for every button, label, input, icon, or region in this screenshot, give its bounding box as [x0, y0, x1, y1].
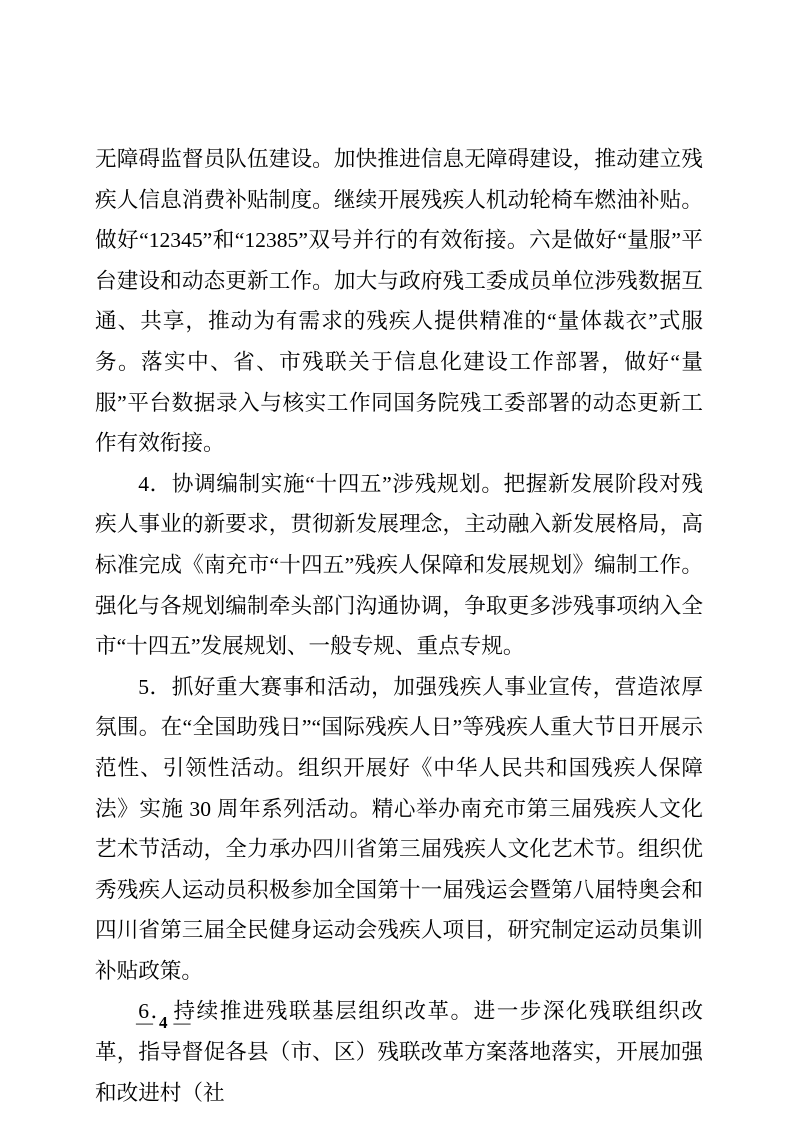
document-page: 无障碍监督员队伍建设。加快推进信息无障碍建设，推动建立残疾人信息消费补贴制度。继… — [0, 0, 793, 1122]
page-number-value: 4 — [159, 1013, 169, 1032]
paragraph-item-6: 6．持续推进残联基层组织改革。进一步深化残联组织改革，指导督促各县（市、区）残联… — [95, 991, 703, 1113]
paragraph-item-4: 4．协调编制实施“十四五”涉残规划。把握新发展阶段对残疾人事业的新要求，贯彻新发… — [95, 464, 703, 667]
document-body: 无障碍监督员队伍建设。加快推进信息无障碍建设，推动建立残疾人信息消费补贴制度。继… — [95, 139, 703, 1113]
page-number: —4— — [136, 1013, 192, 1033]
page-number-right-dash: — — [174, 1013, 192, 1032]
page-number-left-dash: — — [136, 1013, 154, 1032]
paragraph-continuation: 无障碍监督员队伍建设。加快推进信息无障碍建设，推动建立残疾人信息消费补贴制度。继… — [95, 139, 703, 464]
paragraph-item-5: 5．抓好重大赛事和活动，加强残疾人事业宣传，营造浓厚氛围。在“全国助残日”“国际… — [95, 667, 703, 992]
